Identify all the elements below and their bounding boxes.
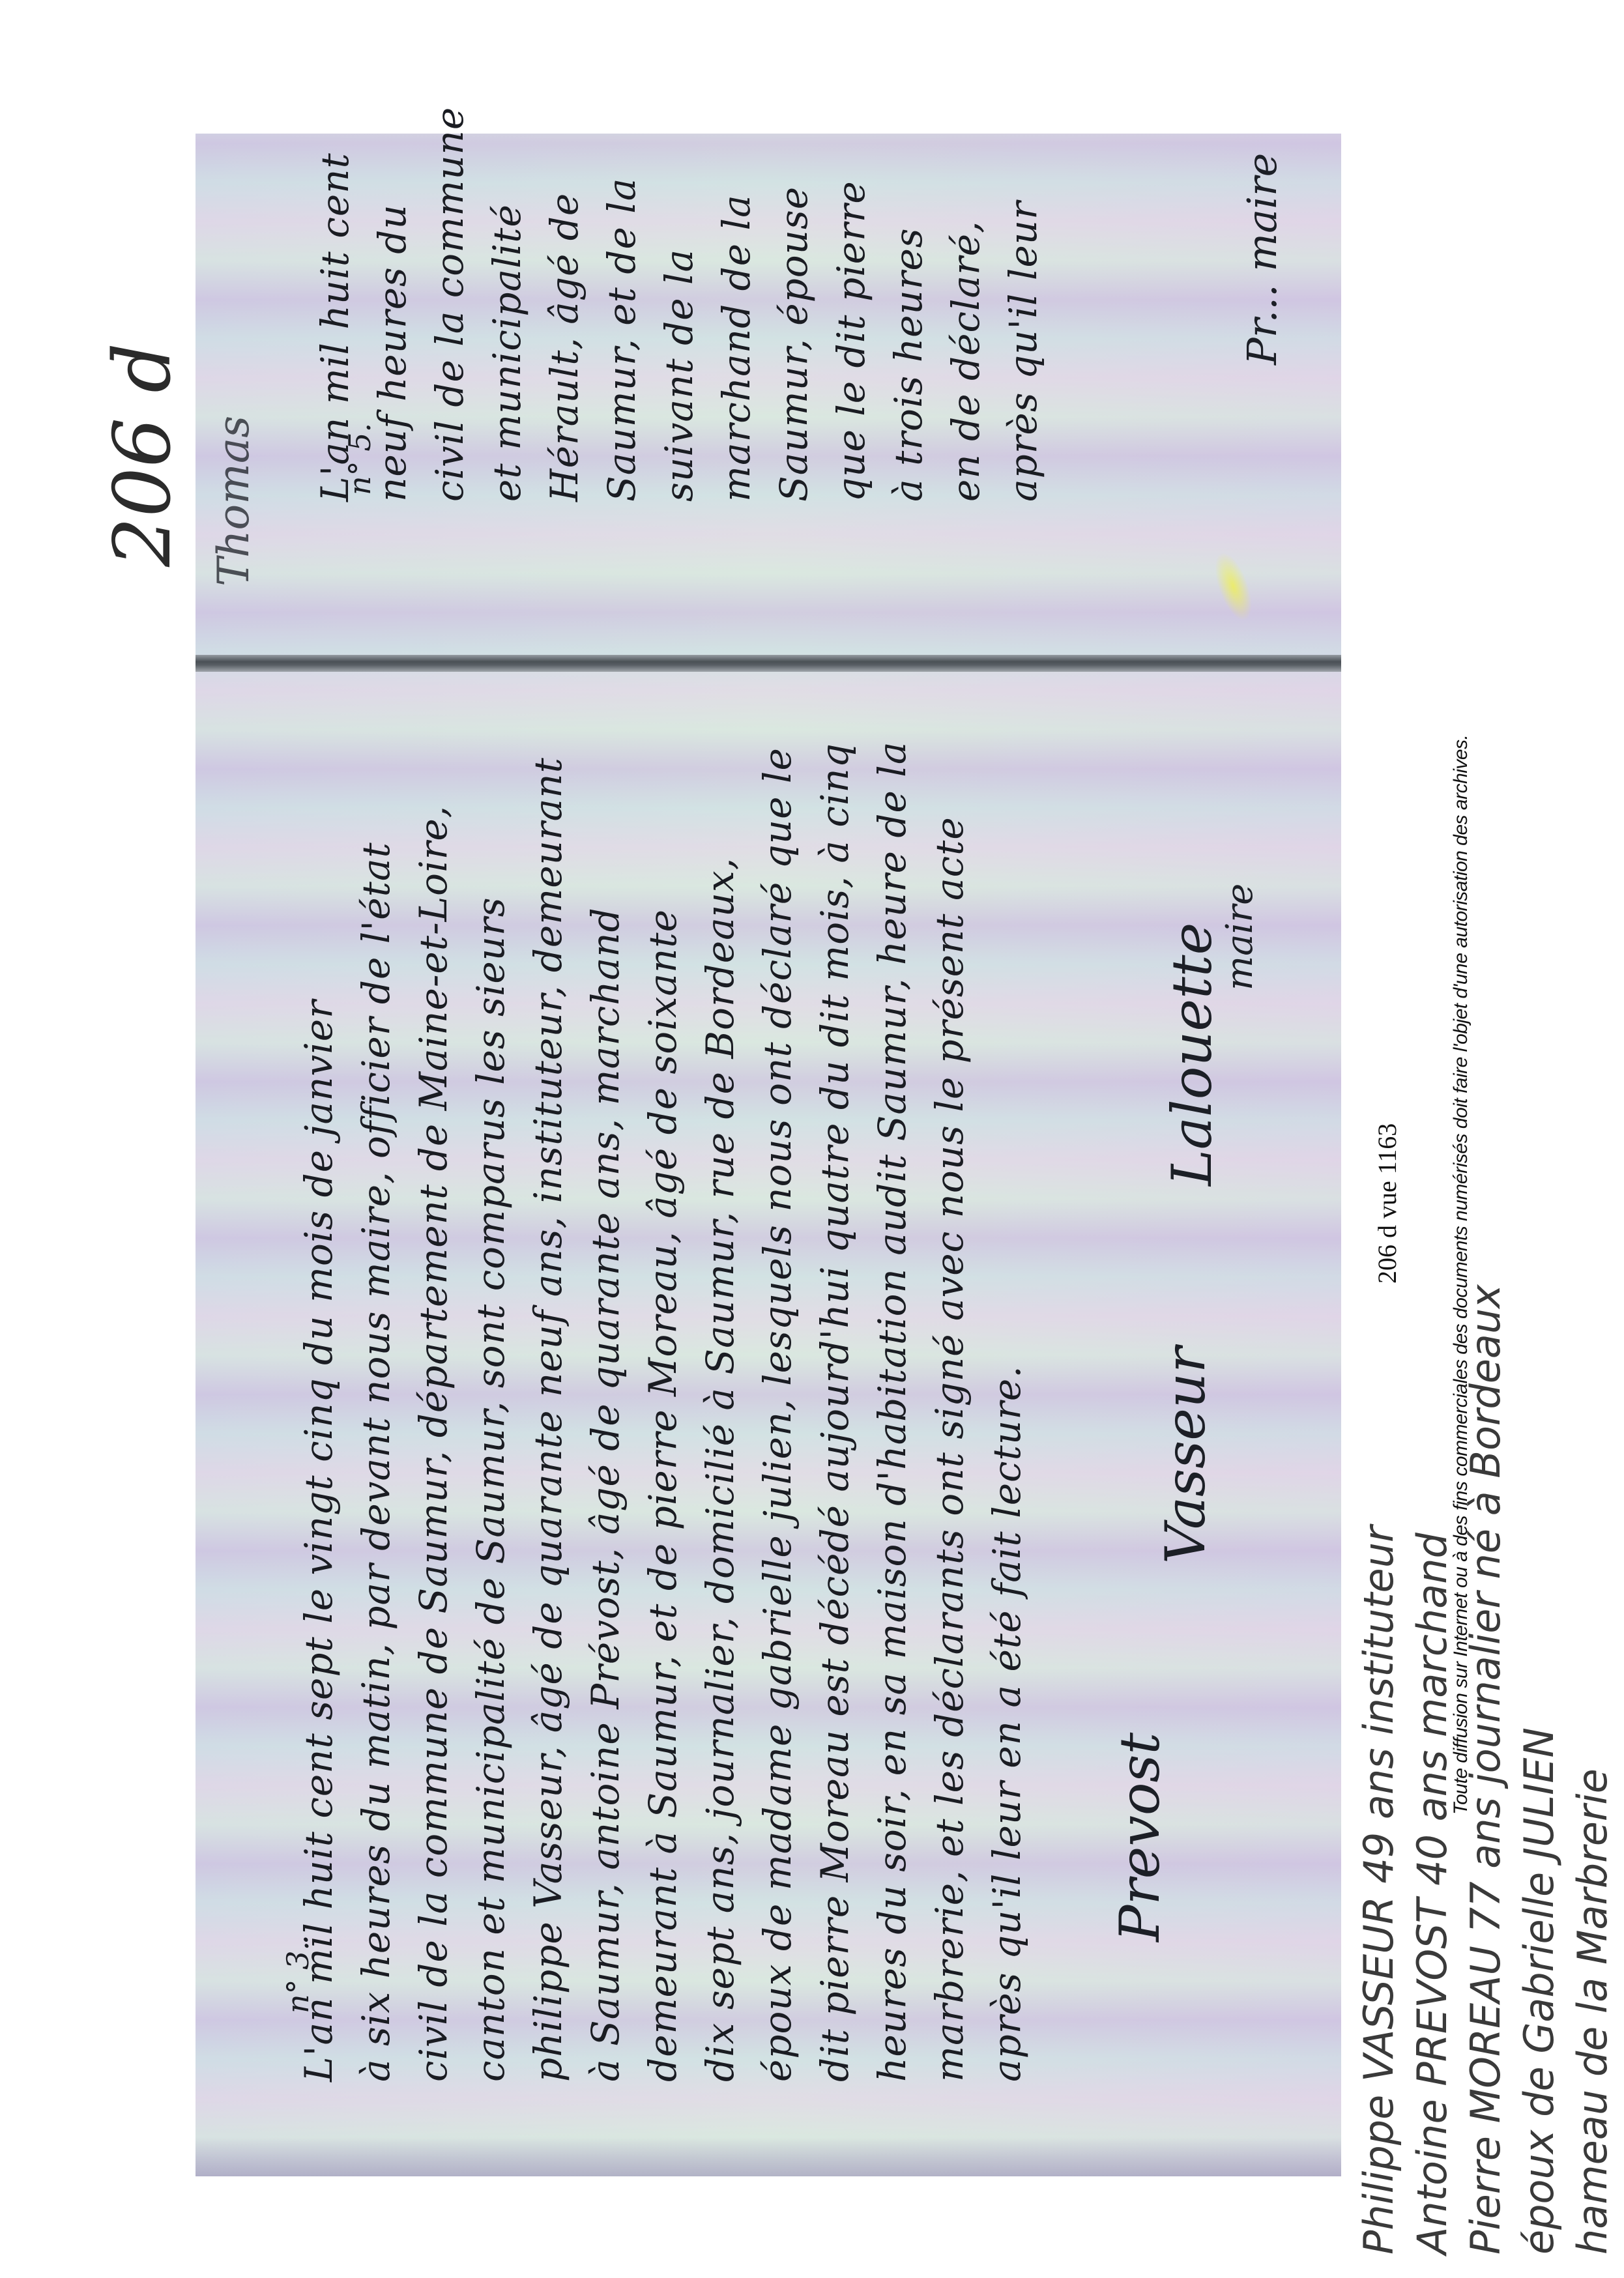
act-line: Saumur, et de la <box>593 107 650 502</box>
signature-vasseur: Vasseur <box>1153 1347 1217 1564</box>
act-line: heures du soir, en sa maison d'habitatio… <box>863 742 921 2082</box>
act-line: en de déclaré, <box>937 107 994 502</box>
act-line: L'an mil huit cent sept le vingt cinq du… <box>290 742 347 2082</box>
act-line: dix sept ans, journalier, domicilié à Sa… <box>691 742 749 2082</box>
act-line: civil de la commune <box>421 107 478 502</box>
act-line: à trois heures <box>880 107 937 502</box>
act-line: après qu'il leur <box>994 107 1052 502</box>
act-line: philippe Vasseur, âgé de quarante neuf a… <box>519 742 577 2082</box>
signature-upper-maire: Pr... maire <box>1238 153 1286 365</box>
act-line: que le dit pierre <box>822 107 880 502</box>
act-line: à Saumur, antoine Prévost, âgé de quaran… <box>577 742 634 2082</box>
scan-edge <box>196 2137 1341 2176</box>
signature-prevost: Prevost <box>1108 1733 1172 1942</box>
act-line: marchand de la <box>708 107 765 502</box>
signature-upper-thomas: Thomas <box>209 416 259 586</box>
signature-lalouette: Lalouette <box>1160 923 1224 1186</box>
act-line: Hérault, âgé de <box>536 107 593 502</box>
act-line: neuf heures du <box>364 107 421 502</box>
annotation-line: hameau de la Marbrerie <box>1566 1284 1619 2255</box>
highlighter-mark <box>1208 548 1260 626</box>
act-line: canton et municipalité de Saumur, sont c… <box>462 742 519 2082</box>
act-line: L'an mil huit cent <box>306 107 364 502</box>
pencil-annotations: Philippe VASSEUR 49 ans instituteur Anto… <box>1352 1284 1619 2255</box>
annotation-line: Antoine PREVOST 40 ans marchand <box>1406 1284 1459 2255</box>
act-line: à six heures du matin, par devant nous m… <box>347 742 405 2082</box>
folio-number: 206 d <box>98 343 188 567</box>
act-line: Saumur, épouse <box>765 107 822 502</box>
act-line: et municipalité <box>478 107 536 502</box>
page-fold <box>196 655 1341 672</box>
annotation-line: époux de Gabrielle JULIEN <box>1513 1284 1566 2255</box>
lower-act-text: L'an mil huit cent sept le vingt cinq du… <box>290 742 1036 2082</box>
upper-act-text: L'an mil huit cent neuf heures du civil … <box>306 107 1052 502</box>
act-line: civil de la commune de Saumur, départeme… <box>405 742 462 2082</box>
archive-reference: 206 d vue 1163 <box>1372 1123 1402 1284</box>
act-line: après qu'il leur en a été fait lecture. <box>978 742 1036 2082</box>
act-line: époux de madame gabrielle julien, lesque… <box>749 742 806 2082</box>
act-line: demeurant à Saumur, et de pierre Moreau,… <box>634 742 691 2082</box>
act-line: dit pierre Moreau est décédé aujourd'hui… <box>806 742 863 2082</box>
signature-maire-title: maire <box>1219 884 1261 990</box>
annotation-line: Pierre MOREAU 77 ans journalier né à Bor… <box>1459 1284 1513 2255</box>
annotation-line: Philippe VASSEUR 49 ans instituteur <box>1352 1284 1406 2255</box>
act-line: suivant de la <box>650 107 708 502</box>
act-line: marbrerie, et les déclarants ont signé a… <box>921 742 978 2082</box>
